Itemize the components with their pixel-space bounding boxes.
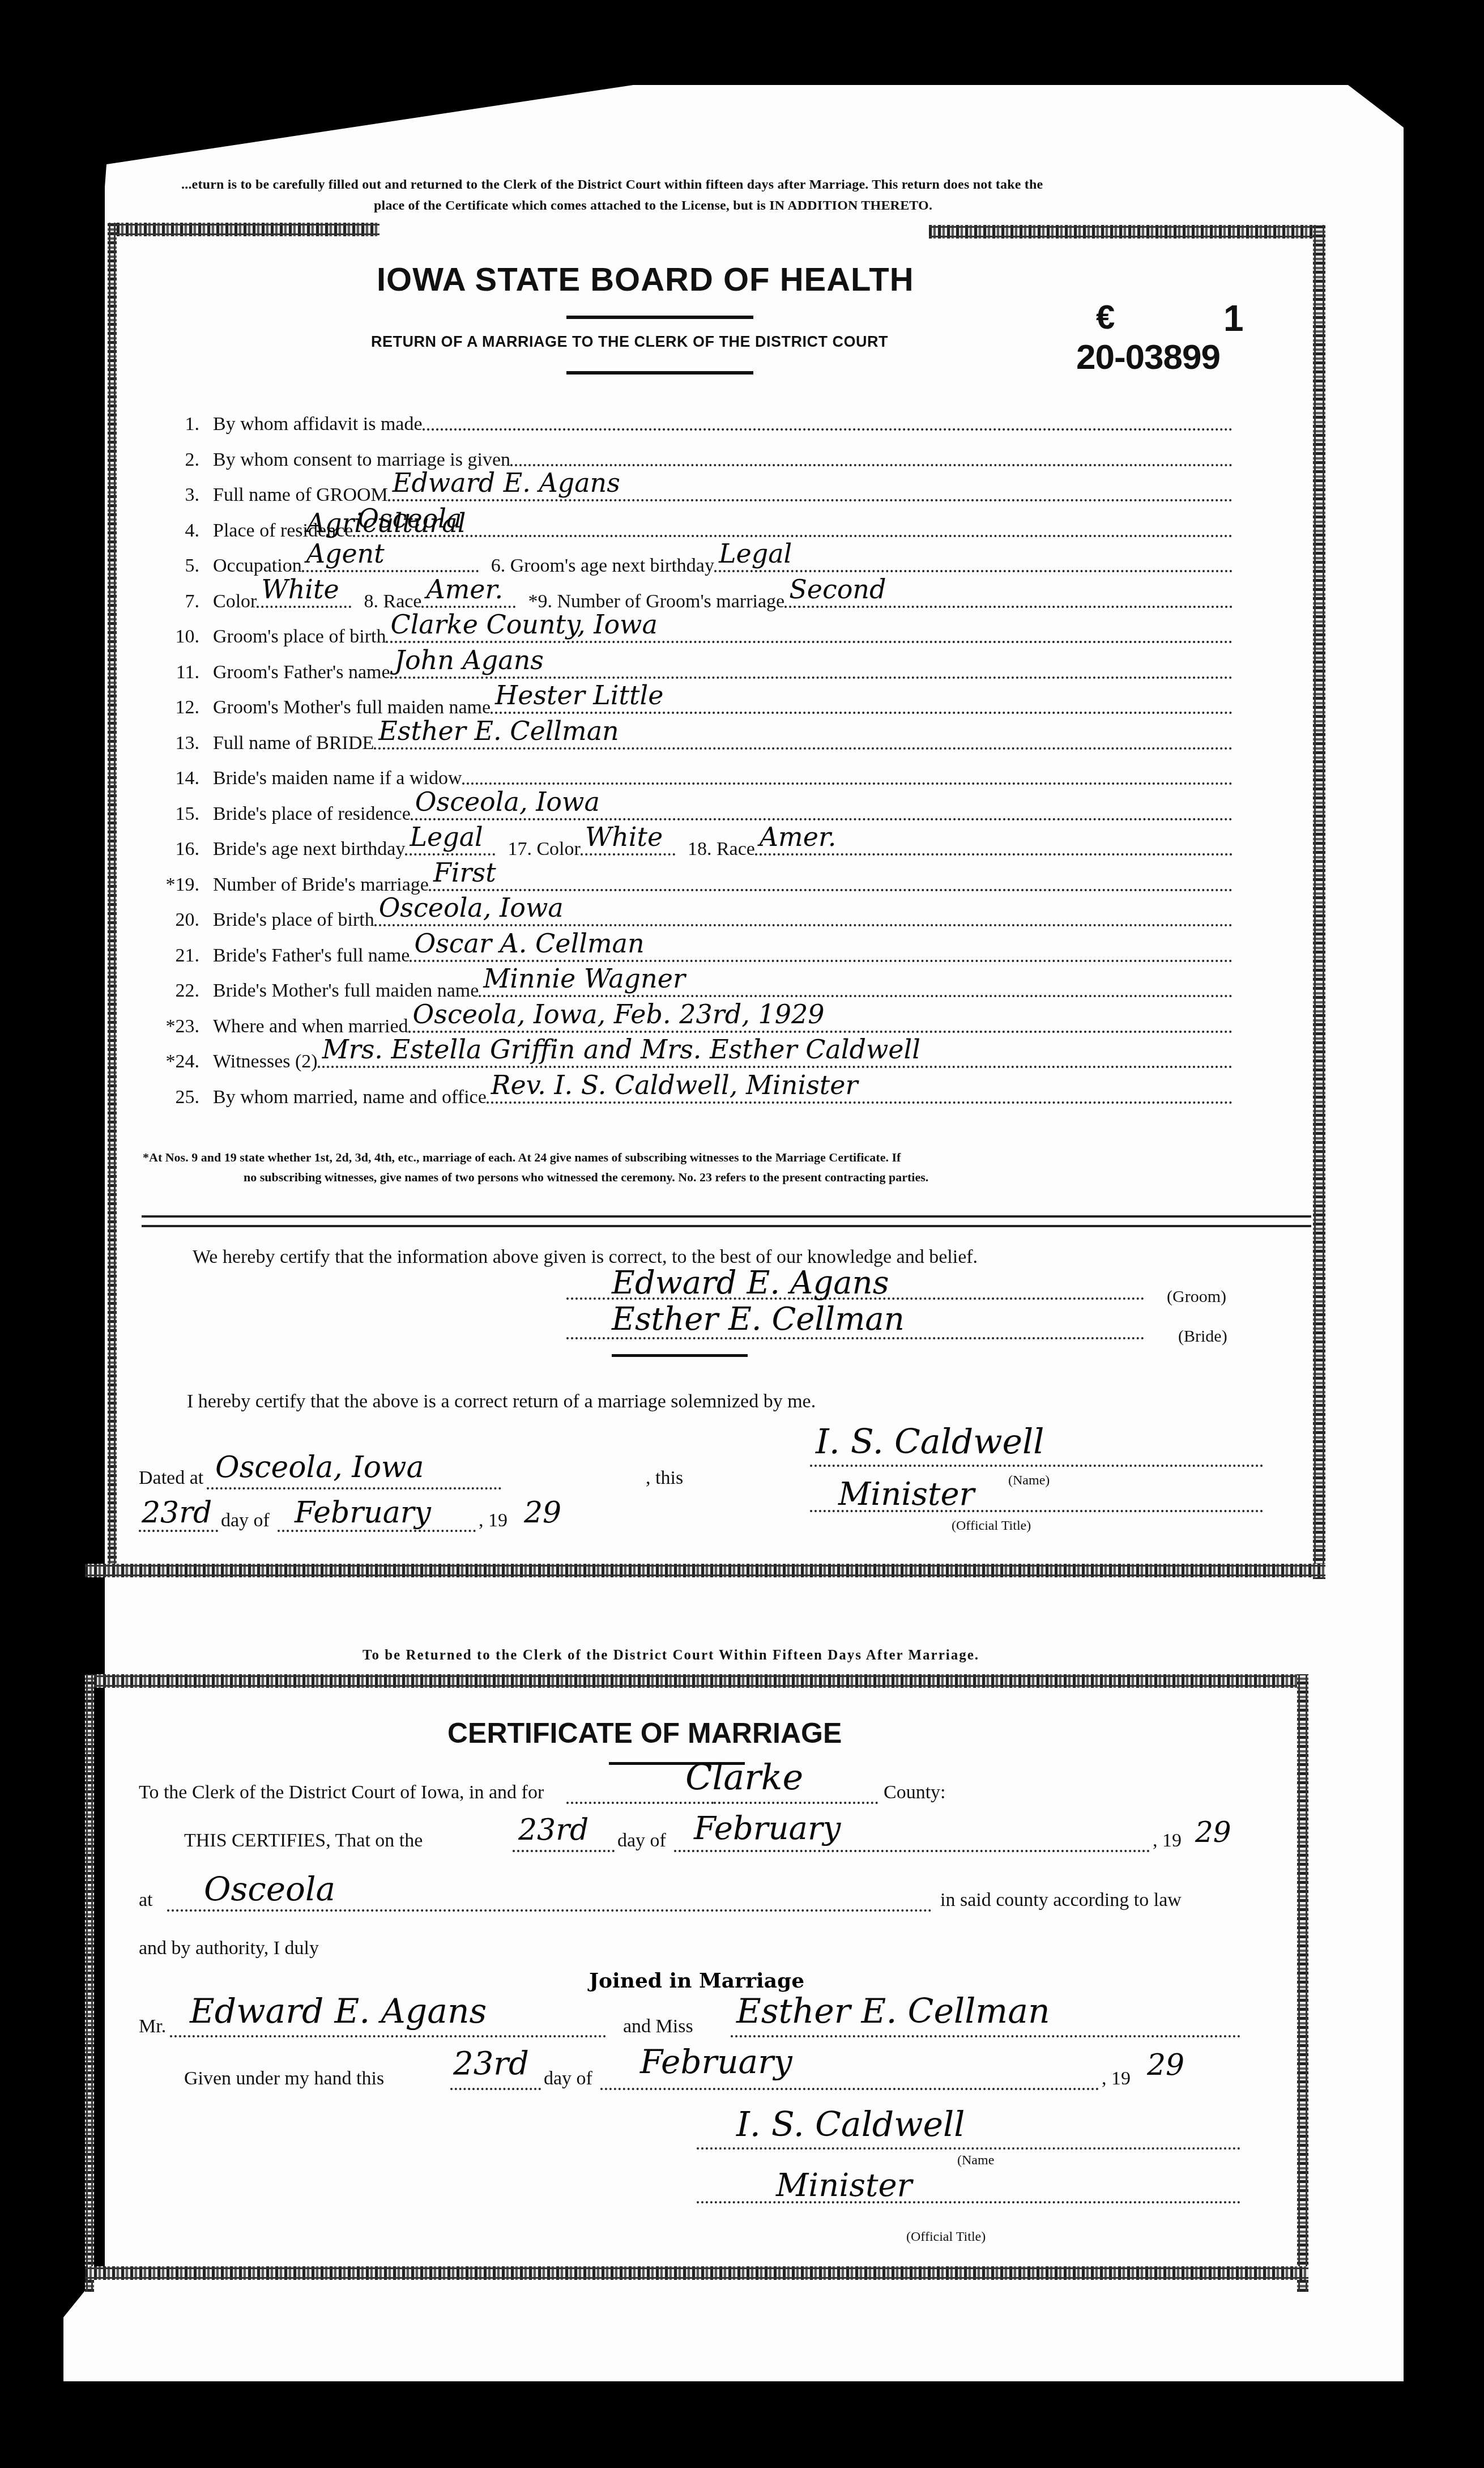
dated-year-value[interactable]: 29 — [524, 1496, 561, 1530]
row-number: 3. — [145, 484, 213, 506]
form-row: 25.By whom married, name and officeRev. … — [145, 1076, 1233, 1108]
top-notice-line1: ...eturn is to be carefully filled out a… — [181, 177, 1043, 193]
row-field[interactable]: Oscar A. Cellman — [410, 960, 1233, 962]
county-line-2 — [714, 1802, 878, 1804]
dated-at-label: Dated at — [139, 1467, 203, 1489]
row-value[interactable]: Second — [789, 574, 886, 605]
name-label: (Name) — [1008, 1473, 1050, 1488]
row-field[interactable]: Agricultural Agent — [302, 570, 479, 572]
row-number: 1. — [145, 414, 213, 435]
signature-rule — [612, 1354, 748, 1357]
certificate-border-bottom — [85, 2266, 1308, 2280]
return-border-top-right — [929, 225, 1325, 239]
row-value[interactable]: Minnie Wagner — [483, 963, 685, 994]
place-value[interactable]: Osceola — [204, 1870, 335, 1908]
row-label: 6. Groom's age next birthday — [491, 555, 714, 577]
row-field[interactable]: Osceola, Iowa — [411, 818, 1233, 820]
day-line — [139, 1530, 218, 1532]
row-number: 22. — [145, 980, 213, 1002]
authority-line: and by authority, I duly — [139, 1938, 319, 1959]
form-row: *24.Witnesses (2)Mrs. Estella Griffin an… — [145, 1041, 1233, 1073]
given-prefix: Given under my hand this — [184, 2068, 384, 2090]
row-field[interactable]: Osceola, Iowa — [374, 924, 1233, 926]
dated-at-value[interactable]: Osceola, Iowa — [215, 1450, 424, 1484]
row-number: 5. — [145, 555, 213, 577]
row-number: 4. — [145, 520, 213, 542]
row-label: Bride's age next birthday — [213, 839, 405, 860]
and-miss-label: and Miss — [623, 2016, 693, 2037]
row-label: By whom married, name and office — [213, 1087, 487, 1108]
row-value[interactable]: Legal — [410, 822, 483, 852]
row-number: 7. — [145, 591, 213, 612]
row-field[interactable]: First — [429, 889, 1233, 891]
row-label: Groom's place of birth — [213, 626, 386, 648]
place-suffix: in said county according to law — [940, 1890, 1182, 1911]
certifies-day-line — [513, 1850, 615, 1852]
form-row: 13.Full name of BRIDEEsther E. Cellman — [145, 722, 1233, 754]
row-number: 13. — [145, 733, 213, 754]
return-subtitle: RETURN OF A MARRIAGE TO THE CLERK OF THE… — [371, 333, 888, 351]
row-value[interactable]: John Agans — [395, 645, 544, 675]
row-number: 12. — [145, 697, 213, 718]
row-value[interactable]: White — [261, 574, 339, 605]
row-label: Bride's place of birth — [213, 909, 374, 931]
row-field[interactable]: Minnie Wagner — [479, 995, 1233, 997]
row-number: *24. — [145, 1051, 213, 1073]
clerk-line-prefix: To the Clerk of the District Court of Io… — [139, 1782, 544, 1803]
return-border-bottom — [85, 1564, 1325, 1577]
row-number: 2. — [145, 449, 213, 471]
row-value[interactable]: Amer. — [760, 822, 837, 852]
row-number: 10. — [145, 626, 213, 648]
row-field[interactable]: Hester Little — [491, 712, 1233, 714]
form-row: 21.Bride's Father's full nameOscar A. Ce… — [145, 935, 1233, 967]
row-number: 16. — [145, 839, 213, 860]
place-line — [167, 1909, 932, 1912]
row-field[interactable]: Clarke County, Iowa — [386, 641, 1233, 643]
form-row: 15.Bride's place of residenceOsceola, Io… — [145, 793, 1233, 825]
stamp-number: 1 — [1223, 297, 1243, 339]
form-row: *19.Number of Bride's marriageFirst — [145, 864, 1233, 896]
groom-name-line — [170, 2035, 606, 2037]
row-value[interactable]: Amer. — [426, 574, 503, 605]
certificate-border-top — [85, 1674, 1308, 1688]
bride-name-line — [731, 2035, 1240, 2037]
row-label: Bride's Father's full name — [213, 945, 410, 967]
row-value[interactable]: Esther E. Cellman — [378, 716, 619, 746]
certificate-official-title-label: (Official Title) — [906, 2229, 986, 2245]
row-number: 20. — [145, 909, 213, 931]
row-label: 18. Race — [688, 839, 755, 860]
section-rule-1 — [142, 1215, 1311, 1218]
row-field[interactable]: White — [257, 606, 351, 608]
form-row: 1.By whom affidavit is made — [145, 403, 1233, 435]
certifies-day-of-label: day of — [617, 1830, 666, 1852]
row-field[interactable]: White — [581, 853, 675, 856]
dated-year-prefix: , 19 — [479, 1510, 508, 1531]
official-title-label: (Official Title) — [952, 1518, 1031, 1534]
certificate-groom-value[interactable]: Edward E. Agans — [190, 1992, 487, 2031]
row-field[interactable]: Amer. — [421, 606, 515, 608]
given-month-value[interactable]: February — [640, 2043, 792, 2081]
form-row: 5.OccupationAgricultural Agent6. Groom's… — [145, 545, 1233, 577]
groom-signature[interactable]: Edward E. Agans — [612, 1265, 889, 1301]
document-paper — [0, 0, 1484, 2468]
form-row: 2.By whom consent to marriage is given — [145, 439, 1233, 471]
dated-day-of-label: day of — [221, 1510, 270, 1531]
row-label: 17. Color — [508, 839, 580, 860]
bride-signature[interactable]: Esther E. Cellman — [612, 1301, 905, 1338]
row-number: 11. — [145, 662, 213, 683]
row-number: *19. — [145, 874, 213, 896]
row-label: Color — [213, 591, 257, 612]
return-border-right — [1313, 225, 1325, 1579]
top-notice-line2: place of the Certificate which comes att… — [374, 198, 932, 214]
given-year-prefix: , 19 — [1102, 2068, 1131, 2090]
certifies-month-line — [674, 1850, 1150, 1852]
row-field[interactable]: Osceola — [353, 535, 1233, 537]
officiant-name-line — [810, 1465, 1263, 1467]
row-label: Full name of BRIDE — [213, 733, 374, 754]
form-row: 20.Bride's place of birthOsceola, Iowa — [145, 899, 1233, 931]
mr-label: Mr. — [139, 2016, 166, 2037]
form-row: 11.Groom's Father's nameJohn Agans — [145, 652, 1233, 683]
row-field[interactable] — [423, 428, 1233, 431]
certifies-prefix: THIS CERTIFIES, That on the — [184, 1830, 423, 1852]
section-rule-2 — [142, 1225, 1311, 1227]
given-day-line — [450, 2088, 541, 2090]
row-field[interactable] — [510, 464, 1233, 466]
row-label: By whom affidavit is made — [213, 414, 423, 435]
row-field[interactable]: Rev. I. S. Caldwell, Minister — [487, 1101, 1233, 1104]
row-field[interactable]: Legal — [714, 570, 1233, 572]
form-row: 16.Bride's age next birthdayLegal17. Col… — [145, 828, 1233, 860]
bride-label: (Bride) — [1178, 1327, 1227, 1346]
form-row: 7.ColorWhite8. RaceAmer.*9. Number of Gr… — [145, 581, 1233, 612]
row-value[interactable]: Hester Little — [495, 680, 663, 710]
row-value[interactable]: Mrs. Estella Griffin and Mrs. Esther Cal… — [322, 1034, 920, 1065]
given-day-of-label: day of — [544, 2068, 592, 2090]
this-label: , this — [646, 1467, 683, 1489]
row-value[interactable]: Osceola, Iowa — [415, 786, 600, 817]
row-value[interactable]: White — [585, 822, 663, 852]
row-field[interactable]: Legal — [405, 853, 495, 856]
row-field[interactable]: Second — [784, 606, 1233, 608]
row-field[interactable] — [462, 782, 1233, 785]
row-number: 25. — [145, 1087, 213, 1108]
certificate-border-right — [1297, 1674, 1308, 2292]
return-title: IOWA STATE BOARD OF HEALTH — [377, 261, 914, 299]
row-value[interactable]: Legal — [719, 538, 792, 569]
row-value[interactable]: First — [433, 857, 496, 888]
form-row: 10.Groom's place of birthClarke County, … — [145, 616, 1233, 648]
dated-month-value[interactable]: February — [295, 1496, 431, 1530]
row-label: Bride's place of residence — [213, 803, 411, 825]
stamp-mark: € — [1096, 297, 1115, 337]
certificate-officiant-line — [697, 2147, 1240, 2150]
certifies-day-value[interactable]: 23rd — [518, 1813, 589, 1847]
row-value[interactable]: Osceola, Iowa — [379, 892, 564, 923]
certificate-border-left — [85, 1674, 94, 2292]
row-value[interactable]: Clarke County, Iowa — [390, 609, 657, 640]
certificate-officiant-title[interactable]: Minister — [776, 2167, 912, 2204]
given-month-line — [600, 2088, 1099, 2090]
between-note: To be Returned to the Clerk of the Distr… — [363, 1648, 979, 1663]
joined-heading: Joined in Marriage — [589, 1969, 804, 1993]
row-number: 14. — [145, 768, 213, 789]
row-value[interactable]: Oscar A. Cellman — [414, 928, 644, 959]
certify-officiant-text: I hereby certify that the above is a cor… — [187, 1391, 816, 1412]
return-border-top — [108, 223, 379, 236]
row-field[interactable]: Osceola, Iowa, Feb. 23rd, 1929 — [408, 1031, 1233, 1033]
row-value[interactable]: Agricultural Agent — [306, 508, 479, 569]
officiant-signature[interactable]: I. S. Caldwell — [816, 1422, 1044, 1462]
officiant-title[interactable]: Minister — [838, 1476, 974, 1513]
county-line — [566, 1802, 714, 1804]
form-row: 14.Bride's maiden name if a widow — [145, 758, 1233, 789]
form-row: 3.Full name of GROOMEdward E. Agans — [145, 474, 1233, 506]
form-row: *23.Where and when marriedOsceola, Iowa,… — [145, 1006, 1233, 1037]
footnote-line2: no subscribing witnesses, give names of … — [244, 1170, 928, 1185]
month-line — [278, 1530, 476, 1532]
county-suffix: County: — [884, 1782, 946, 1803]
form-row: 22.Bride's Mother's full maiden nameMinn… — [145, 970, 1233, 1002]
row-value[interactable]: Osceola, Iowa, Feb. 23rd, 1929 — [413, 999, 825, 1029]
dated-day-value[interactable]: 23rd — [142, 1496, 212, 1530]
row-value[interactable]: Rev. I. S. Caldwell, Minister — [491, 1070, 858, 1100]
row-value[interactable]: Edward E. Agans — [393, 467, 620, 498]
row-number: *23. — [145, 1016, 213, 1037]
form-row: 12.Groom's Mother's full maiden nameHest… — [145, 687, 1233, 718]
certifies-year-prefix: , 19 — [1153, 1830, 1182, 1852]
county-value[interactable]: Clarke — [685, 1756, 803, 1798]
groom-label: (Groom) — [1167, 1287, 1226, 1307]
title-rule-top — [566, 316, 753, 319]
row-label: Groom's Father's name — [213, 662, 390, 683]
row-field[interactable]: Mrs. Estella Griffin and Mrs. Esther Cal… — [318, 1066, 1233, 1068]
certificate-bride-value[interactable]: Esther E. Cellman — [736, 1992, 1050, 2031]
at-label: at — [139, 1890, 153, 1911]
title-rule-bottom — [566, 371, 753, 375]
footnote-line1: *At Nos. 9 and 19 state whether 1st, 2d,… — [143, 1150, 901, 1165]
certificate-title: CERTIFICATE OF MARRIAGE — [447, 1717, 842, 1750]
certificate-officiant-signature[interactable]: I. S. Caldwell — [736, 2105, 965, 2144]
certificate-name-label: (Name — [957, 2153, 994, 2168]
certifies-month-value[interactable]: February — [694, 1810, 841, 1847]
row-field[interactable]: Esther E. Cellman — [374, 747, 1233, 750]
row-field[interactable]: Amer. — [755, 853, 1233, 856]
given-year-value[interactable]: 29 — [1147, 2048, 1184, 2082]
given-day-value[interactable]: 23rd — [453, 2045, 529, 2082]
row-label: Witnesses (2) — [213, 1051, 318, 1073]
row-number: 21. — [145, 945, 213, 967]
certifies-year-value[interactable]: 29 — [1195, 1816, 1231, 1849]
document-number: 20-03899 — [1076, 337, 1220, 377]
row-field[interactable]: Edward E. Agans — [388, 499, 1233, 501]
return-border-left — [108, 223, 117, 1577]
row-field[interactable]: John Agans — [390, 676, 1233, 679]
dated-at-line — [207, 1487, 501, 1490]
row-number: 15. — [145, 803, 213, 825]
